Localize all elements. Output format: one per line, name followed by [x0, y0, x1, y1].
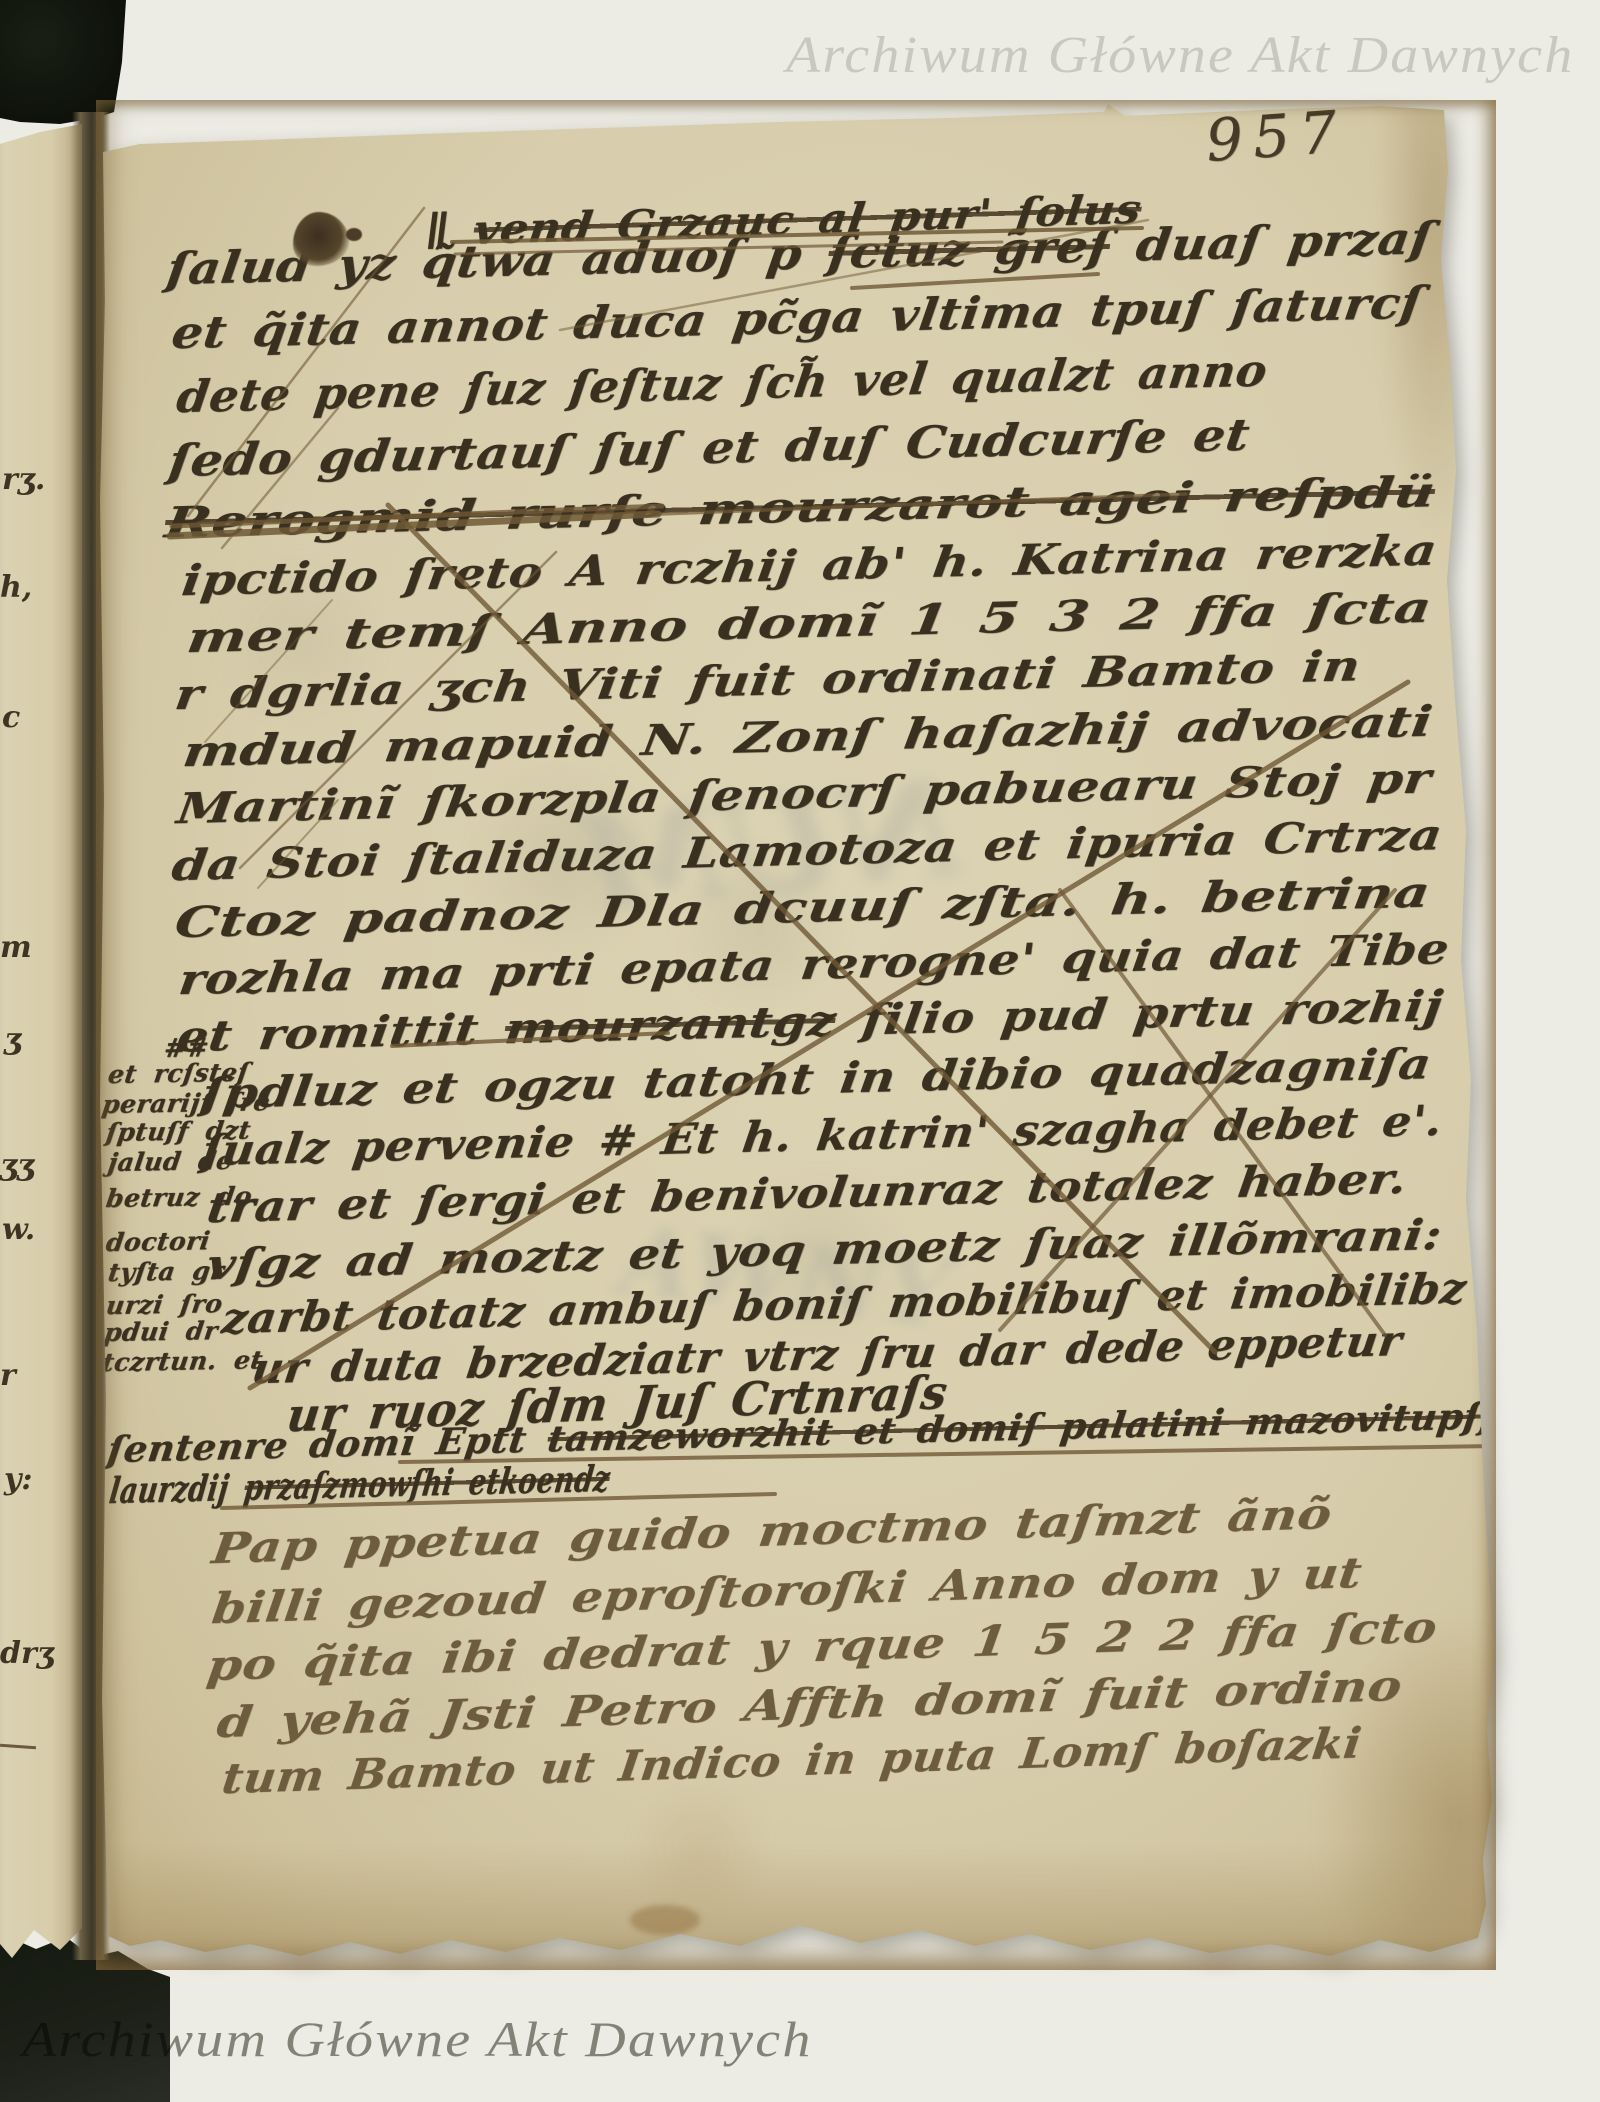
left-page-text-fragment: drʒ [0, 1636, 54, 1671]
left-page-text-fragment: ʒʒ [0, 1148, 34, 1183]
left-page-text-fragment: r [0, 1358, 16, 1393]
left-page-edge: rʒ.h,cmʒʒʒw.ry:drʒ [0, 118, 82, 1998]
crossout-stroke [240, 552, 556, 868]
manuscript-page: NUMAWNY ∥ vend Grzauc al pur' ſolusſalud… [96, 100, 1496, 1970]
crossout-stroke [392, 1033, 668, 1046]
left-page-line-fragment [0, 1744, 36, 1750]
crossout-stroke [188, 208, 424, 516]
crossout-stroke [222, 1494, 775, 1508]
archival-scan: rʒ.h,cmʒʒʒw.ry:drʒ NUMAWNY ∥ vend Grzauc… [0, 0, 1600, 2102]
crossout-stroke [258, 800, 338, 888]
archive-watermark-top: Archiwum Główne Akt Dawnych [786, 26, 1574, 85]
left-page-text-fragment: ʒ [4, 1022, 21, 1057]
left-page-text-fragment: w. [2, 1212, 35, 1247]
crossout-stroke [1000, 890, 1395, 1330]
crossout-stroke [400, 1446, 1500, 1462]
crossout-stroke [388, 505, 1215, 1352]
left-page-text-fragment: c [2, 700, 20, 735]
left-page-text-fragment: rʒ. [2, 462, 45, 497]
left-page-text-fragment: m [0, 930, 32, 965]
crossout-stroke [250, 682, 1408, 1388]
crossout-stroke [455, 242, 1002, 254]
crossout-stroke [205, 600, 332, 742]
book-cover-top-left [0, 0, 130, 130]
crossout-stroke [660, 494, 1186, 514]
left-page-text-fragment: h, [0, 570, 32, 605]
crossout-strokes [0, 0, 1600, 2102]
crossout-stroke [852, 274, 1098, 288]
left-page-text-fragment: y: [4, 1462, 33, 1497]
manuscript-page-surface: NUMAWNY ∥ vend Grzauc al pur' ſolusſalud… [0, 0, 1600, 2102]
